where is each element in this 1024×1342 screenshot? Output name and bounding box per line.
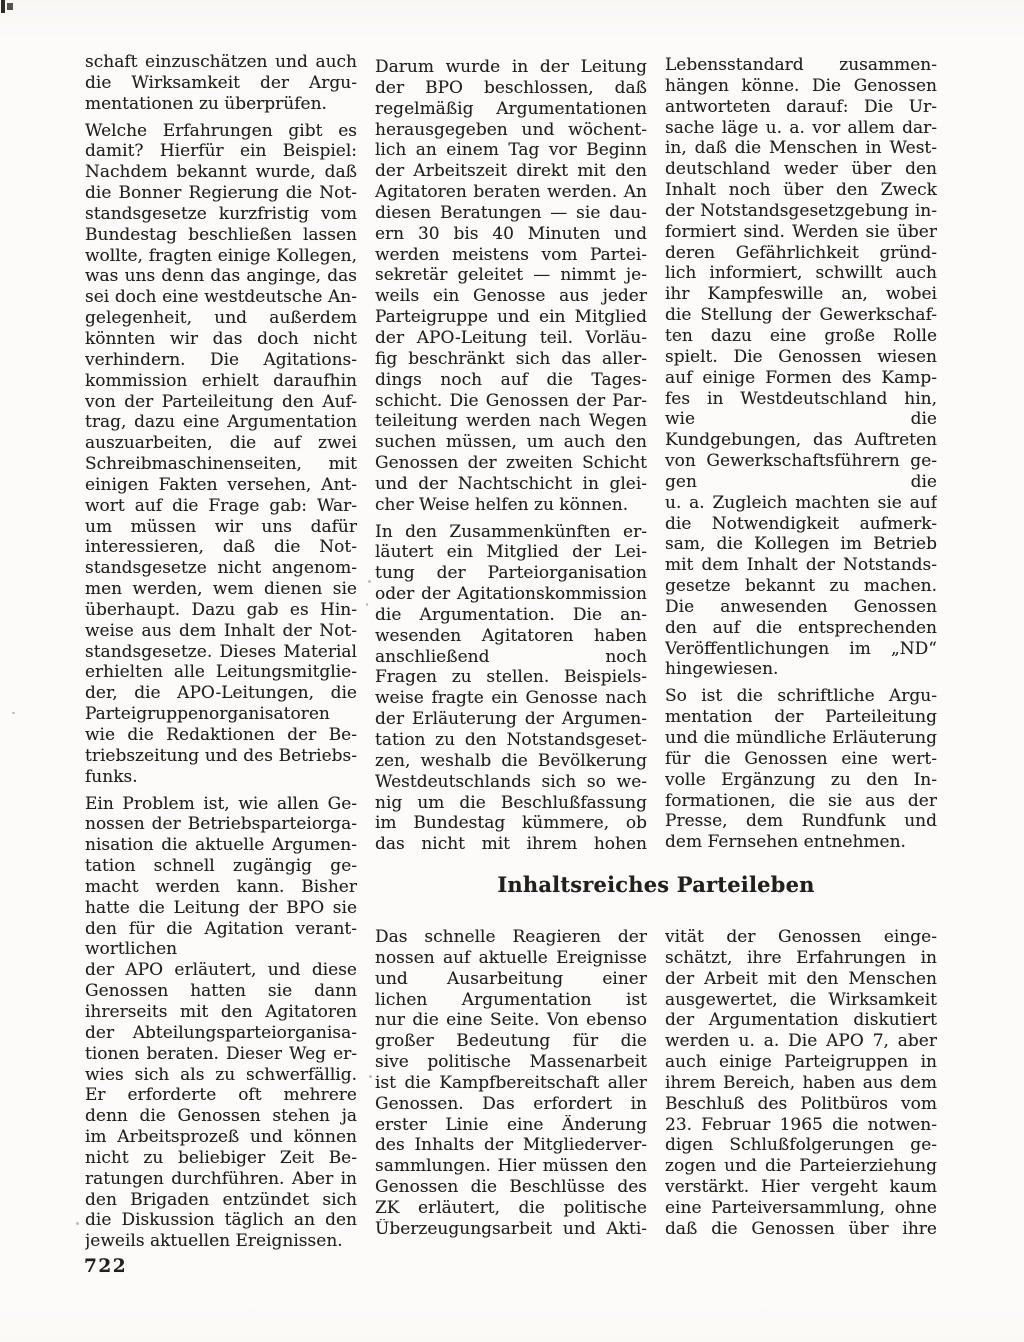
text-line: ihrem Bereich, haben aus dem bbox=[665, 1073, 937, 1094]
column-3-upper: Lebensstandard zusammen-hängen könne. Di… bbox=[665, 55, 937, 853]
text-line: der APO erläutert, und diese bbox=[85, 960, 357, 981]
text-line: Kundgebungen, das Auftreten bbox=[665, 430, 937, 451]
text-line: wortlichen Leitungsmitgliedern bbox=[85, 939, 357, 960]
text-line: sam, die Kollegen im Betrieb bbox=[665, 534, 937, 555]
text-line: vität der Genossen einge- bbox=[665, 927, 937, 948]
text-line: Bundestag beschließen lassen bbox=[85, 225, 357, 246]
text-line: weils ein Genosse aus jeder bbox=[375, 286, 647, 307]
scan-speck bbox=[368, 580, 371, 583]
text-line: den auf die entsprechenden bbox=[665, 618, 937, 639]
text-line: Presse, dem Rundfunk und bbox=[665, 811, 937, 832]
text-line: anschließend noch Gelegenheit, bbox=[375, 647, 647, 668]
paragraph: Darum wurde in der Leitungder BPO beschl… bbox=[375, 57, 647, 516]
text-line: lichen Argumentation ist jedoch bbox=[375, 990, 647, 1011]
text-line: werden u. a. Die APO 7, aber bbox=[665, 1031, 937, 1052]
text-line: der BPO beschlossen, daß bbox=[375, 78, 647, 99]
text-line: der Notstandsgesetzgebung in- bbox=[665, 201, 937, 222]
text-line: den Brigaden entzündet sich bbox=[85, 1190, 357, 1211]
text-line: ratungen durchführen. Aber in bbox=[85, 1169, 357, 1190]
text-line: kommission erhielt daraufhin bbox=[85, 371, 357, 392]
text-line: erster Linie eine Änderung bbox=[375, 1115, 647, 1136]
text-line: sive politische Massenarbeit bbox=[375, 1052, 647, 1073]
text-line: denn die Genossen stehen ja bbox=[85, 1106, 357, 1127]
text-line: herausgegeben und wöchent- bbox=[375, 120, 647, 141]
text-line: regelmäßig Argumentationen bbox=[375, 99, 647, 120]
paragraph: Das schnelle Reagieren der Ge-nossen auf… bbox=[375, 927, 647, 1240]
text-line: suchen müssen, um auch den bbox=[375, 432, 647, 453]
text-line: lich an einem Tag vor Beginn bbox=[375, 140, 647, 161]
text-line: zen, weshalb die Bevölkerung bbox=[375, 751, 647, 772]
text-line: ihrerseits mit den Agitatoren bbox=[85, 1002, 357, 1023]
scan-speck bbox=[76, 1222, 79, 1225]
text-line: Parteigruppenorganisatoren so- bbox=[85, 704, 357, 725]
text-line: der APO-Leitung teil. Vorläu- bbox=[375, 328, 647, 349]
text-line: spielt. Die Genossen wiesen bbox=[665, 347, 937, 368]
text-line: und der Nachtschicht in glei- bbox=[375, 474, 647, 495]
text-line: daß die Genossen über ihre bbox=[665, 1219, 937, 1240]
column-2-lower: Das schnelle Reagieren der Ge-nossen auf… bbox=[375, 927, 647, 1240]
text-line: nur die eine Seite. Von ebenso bbox=[375, 1010, 647, 1031]
text-line: Inhalt noch über den Zweck bbox=[665, 180, 937, 201]
text-line: tionen beraten. Dieser Weg er- bbox=[85, 1044, 357, 1065]
text-line: gesetze bekannt zu machen. bbox=[665, 576, 937, 597]
text-line: Die anwesenden Genossen wur- bbox=[665, 597, 937, 618]
page-number: 722 bbox=[84, 1256, 127, 1277]
text-line: lich informiert, schwillt auch bbox=[665, 263, 937, 284]
text-line: die Bonner Regierung die Not- bbox=[85, 183, 357, 204]
text-line: Er erforderte oft mehrere Tage, bbox=[85, 1085, 357, 1106]
text-line: deutschland weder über den bbox=[665, 159, 937, 180]
text-line: triebszeitung und des Betriebs- bbox=[85, 746, 357, 767]
text-line: Schreibmaschinenseiten, mit bbox=[85, 454, 357, 475]
text-line: So ist die schriftliche Argu- bbox=[665, 686, 937, 707]
text-line: weise fragte ein Genosse nach bbox=[375, 688, 647, 709]
paragraph: Lebensstandard zusammen-hängen könne. Di… bbox=[665, 55, 937, 680]
text-line: ausgewertet, die Wirksamkeit bbox=[665, 990, 937, 1011]
text-line: läutert ein Mitglied der Lei- bbox=[375, 542, 647, 563]
text-line: Lebensstandard zusammen- bbox=[665, 55, 937, 76]
text-line: Welche Erfahrungen gibt es bbox=[85, 121, 357, 142]
text-line: zogen und die Parteierziehung bbox=[665, 1156, 937, 1177]
text-line: volle Ergänzung zu den In- bbox=[665, 770, 937, 791]
text-line: eine Parteiversammlung, ohne bbox=[665, 1198, 937, 1219]
text-line: der Arbeit mit den Menschen bbox=[665, 969, 937, 990]
text-line: Ein Problem ist, wie allen Ge- bbox=[85, 794, 357, 815]
scan-speck bbox=[366, 603, 368, 606]
text-line: men werden, wem dienen sie bbox=[85, 579, 357, 600]
text-line: Beschluß des Politbüros vom bbox=[665, 1094, 937, 1115]
text-line: in, daß die Menschen in West- bbox=[665, 138, 937, 159]
text-line: hatte die Leitung der BPO sie bbox=[85, 898, 357, 919]
text-line: standsgesetze kurzfristig vom bbox=[85, 204, 357, 225]
paragraph: So ist die schriftliche Argu-mentation d… bbox=[665, 686, 937, 853]
text-line: das nicht mit ihrem hohen bbox=[375, 834, 647, 855]
text-line: Genossen hatten sie dann bbox=[85, 981, 357, 1002]
text-line: Parteigruppe und ein Mitglied bbox=[375, 307, 647, 328]
text-line: dem Fernsehen entnehmen. bbox=[665, 832, 937, 853]
text-line: nig um die Beschlußfassung bbox=[375, 793, 647, 814]
text-line: tung der Parteiorganisation bbox=[375, 563, 647, 584]
text-line: verstärkt. Hier vergeht kaum bbox=[665, 1177, 937, 1198]
text-line: Darum wurde in der Leitung bbox=[375, 57, 647, 78]
text-line: die Diskussion täglich an den bbox=[85, 1210, 357, 1231]
text-line: wie die Redaktionen der Be- bbox=[85, 725, 357, 746]
text-line: um müssen wir uns dafür bbox=[85, 517, 357, 538]
text-line: Westdeutschlands sich so we- bbox=[375, 772, 647, 793]
text-line: sammlungen. Hier müssen den bbox=[375, 1156, 647, 1177]
paragraph: schaft einzuschätzen und auchdie Wirksam… bbox=[85, 52, 357, 115]
text-line: hängen könne. Die Genossen bbox=[665, 76, 937, 97]
text-line: den für die Agitation verant- bbox=[85, 919, 357, 940]
text-line: wesenden Agitatoren haben bbox=[375, 626, 647, 647]
text-line: formiert sind. Werden sie über bbox=[665, 222, 937, 243]
scan-artifact bbox=[7, 3, 13, 10]
text-line: der, die APO-Leitungen, die bbox=[85, 683, 357, 704]
text-line: sache läge u. a. vor allem dar- bbox=[665, 118, 937, 139]
paragraph: Ein Problem ist, wie allen Ge-nossen der… bbox=[85, 794, 357, 1253]
scanned-page: schaft einzuschätzen und auchdie Wirksam… bbox=[0, 0, 1024, 1342]
text-line: 23. Februar 1965 die notwen- bbox=[665, 1115, 937, 1136]
text-line: schicht. Die Genossen der Par- bbox=[375, 391, 647, 412]
text-line: ern 30 bis 40 Minuten und bbox=[375, 224, 647, 245]
text-line: antworteten darauf: Die Ur- bbox=[665, 97, 937, 118]
text-line: nossen der Betriebsparteiorga- bbox=[85, 814, 357, 835]
text-line: ist die Kampfbereitschaft aller bbox=[375, 1073, 647, 1094]
section-heading: Inhaltsreiches Parteileben bbox=[375, 872, 937, 897]
text-line: wie die Ostermarschbewegung, bbox=[665, 409, 937, 430]
text-line: Nachdem bekannt wurde, daß bbox=[85, 162, 357, 183]
text-line: sekretär geleitet — nimmt je- bbox=[375, 265, 647, 286]
text-line: die Wirksamkeit der Argu- bbox=[85, 73, 357, 94]
text-line: funks. bbox=[85, 767, 357, 788]
text-line: deren Gefährlichkeit gründ- bbox=[665, 243, 937, 264]
text-line: des Inhalts der Mitgliederver- bbox=[375, 1135, 647, 1156]
text-line: gen die Notstandsgesetzgebung bbox=[665, 472, 937, 493]
column-2-upper: Darum wurde in der Leitungder BPO beschl… bbox=[375, 57, 647, 855]
text-line: schätzt, ihre Erfahrungen in bbox=[665, 948, 937, 969]
paragraph: Welche Erfahrungen gibt esdamit? Hierfür… bbox=[85, 121, 357, 788]
text-line: ZK erläutert, die politische bbox=[375, 1198, 647, 1219]
text-line: die Argumentation. Die an- bbox=[375, 605, 647, 626]
text-line: sei doch eine westdeutsche An- bbox=[85, 287, 357, 308]
text-line: die Stellung der Gewerkschaf- bbox=[665, 305, 937, 326]
text-line: mentationen zu überprüfen. bbox=[85, 94, 357, 115]
text-line: macht werden kann. Bisher bbox=[85, 877, 357, 898]
text-line: der Erläuterung der Argumen- bbox=[375, 709, 647, 730]
column-1: schaft einzuschätzen und auchdie Wirksam… bbox=[85, 52, 357, 1252]
text-line: ihr Kampfeswille an, wobei bbox=[665, 284, 937, 305]
text-line: hingewiesen. bbox=[665, 659, 937, 680]
text-line: Fragen zu stellen. Beispiels- bbox=[375, 667, 647, 688]
text-line: der Arbeitszeit direkt mit den bbox=[375, 161, 647, 182]
scan-speck bbox=[12, 712, 15, 714]
text-line: tation schnell zugängig ge- bbox=[85, 856, 357, 877]
text-line: Veröffentlichungen im „ND“ bbox=[665, 639, 937, 660]
text-line: und Ausarbeitung einer einheit- bbox=[375, 969, 647, 990]
text-line: ten dazu eine große Rolle bbox=[665, 326, 937, 347]
text-line: Das schnelle Reagieren der Ge- bbox=[375, 927, 647, 948]
text-line: und die mündliche Erläuterung bbox=[665, 728, 937, 749]
text-line: dings noch auf die Tages- bbox=[375, 370, 647, 391]
text-line: damit? Hierfür ein Beispiel: bbox=[85, 141, 357, 162]
text-line: erhielten alle Leitungsmitglie- bbox=[85, 662, 357, 683]
text-line: formationen, die sie aus der bbox=[665, 791, 937, 812]
text-line: mit dem Inhalt der Notstands- bbox=[665, 555, 937, 576]
text-line: nisation die aktuelle Argumen- bbox=[85, 835, 357, 856]
text-line: auf einige Formen des Kamp- bbox=[665, 368, 937, 389]
text-line: teileitung werden nach Wegen bbox=[375, 411, 647, 432]
text-line: könnten wir das doch nicht bbox=[85, 329, 357, 350]
text-line: im Bundestag kümmere, ob bbox=[375, 813, 647, 834]
text-line: schaft einzuschätzen und auch bbox=[85, 52, 357, 73]
text-line: digen Schlußfolgerungen ge- bbox=[665, 1135, 937, 1156]
text-line: für die Genossen eine wert- bbox=[665, 749, 937, 770]
text-line: Überzeugungsarbeit und Akti- bbox=[375, 1219, 647, 1240]
text-line: oder der Agitationskommission bbox=[375, 584, 647, 605]
text-line: tation zu den Notstandsgeset- bbox=[375, 730, 647, 751]
text-line: Genossen die Beschlüsse des bbox=[375, 1177, 647, 1198]
text-line: standsgesetze. Dieses Material bbox=[85, 642, 357, 663]
text-line: wies sich als zu schwerfällig. bbox=[85, 1065, 357, 1086]
text-line: was uns denn das anginge, das bbox=[85, 266, 357, 287]
text-line: trag, dazu eine Argumentation bbox=[85, 412, 357, 433]
text-line: auszuarbeiten, die auf zwei bbox=[85, 433, 357, 454]
scan-artifact bbox=[1, 0, 5, 13]
text-line: einigen Fakten versehen, Ant- bbox=[85, 475, 357, 496]
text-line: auch einige Parteigruppen in bbox=[665, 1052, 937, 1073]
text-line: die Notwendigkeit aufmerk- bbox=[665, 514, 937, 535]
text-line: der Abteilungsparteiorganisa- bbox=[85, 1023, 357, 1044]
paragraph: In den Zusammenkünften er-läutert ein Mi… bbox=[375, 522, 647, 856]
text-line: fig beschränkt sich das aller- bbox=[375, 349, 647, 370]
text-line: gelegenheit, und außerdem bbox=[85, 308, 357, 329]
text-line: mentation der Parteileitung bbox=[665, 707, 937, 728]
text-line: nicht zu beliebiger Zeit Be- bbox=[85, 1148, 357, 1169]
text-line: von Gewerkschaftsführern ge- bbox=[665, 451, 937, 472]
text-line: Agitatoren beraten werden. An bbox=[375, 182, 647, 203]
text-line: diesen Beratungen — sie dau- bbox=[375, 203, 647, 224]
text-line: weise aus dem Inhalt der Not- bbox=[85, 621, 357, 642]
text-line: nossen auf aktuelle Ereignisse bbox=[375, 948, 647, 969]
paragraph: vität der Genossen einge-schätzt, ihre E… bbox=[665, 927, 937, 1240]
text-line: im Arbeitsprozeß und können bbox=[85, 1127, 357, 1148]
text-line: fes in Westdeutschland hin, bbox=[665, 389, 937, 410]
text-line: verhindern. Die Agitations- bbox=[85, 350, 357, 371]
text-line: überhaupt. Dazu gab es Hin- bbox=[85, 600, 357, 621]
text-line: von der Parteileitung den Auf- bbox=[85, 392, 357, 413]
text-line: interessieren, daß die Not- bbox=[85, 537, 357, 558]
text-line: wort auf die Frage gab: War- bbox=[85, 496, 357, 517]
text-line: der Argumentation diskutiert bbox=[665, 1010, 937, 1031]
text-line: cher Weise helfen zu können. bbox=[375, 495, 647, 516]
scan-speck bbox=[369, 1075, 372, 1078]
column-3-lower: vität der Genossen einge-schätzt, ihre E… bbox=[665, 927, 937, 1240]
text-line: Genossen der zweiten Schicht bbox=[375, 453, 647, 474]
text-line: Genossen. Das erfordert in bbox=[375, 1094, 647, 1115]
text-line: u. a. Zugleich machten sie auf bbox=[665, 493, 937, 514]
text-line: standsgesetze nicht angenom- bbox=[85, 558, 357, 579]
text-line: werden meistens vom Partei- bbox=[375, 245, 647, 266]
text-line: jeweils aktuellen Ereignissen. bbox=[85, 1231, 357, 1252]
text-line: In den Zusammenkünften er- bbox=[375, 522, 647, 543]
text-line: großer Bedeutung für die offen- bbox=[375, 1031, 647, 1052]
text-line: wollte, fragten einige Kollegen, bbox=[85, 246, 357, 267]
